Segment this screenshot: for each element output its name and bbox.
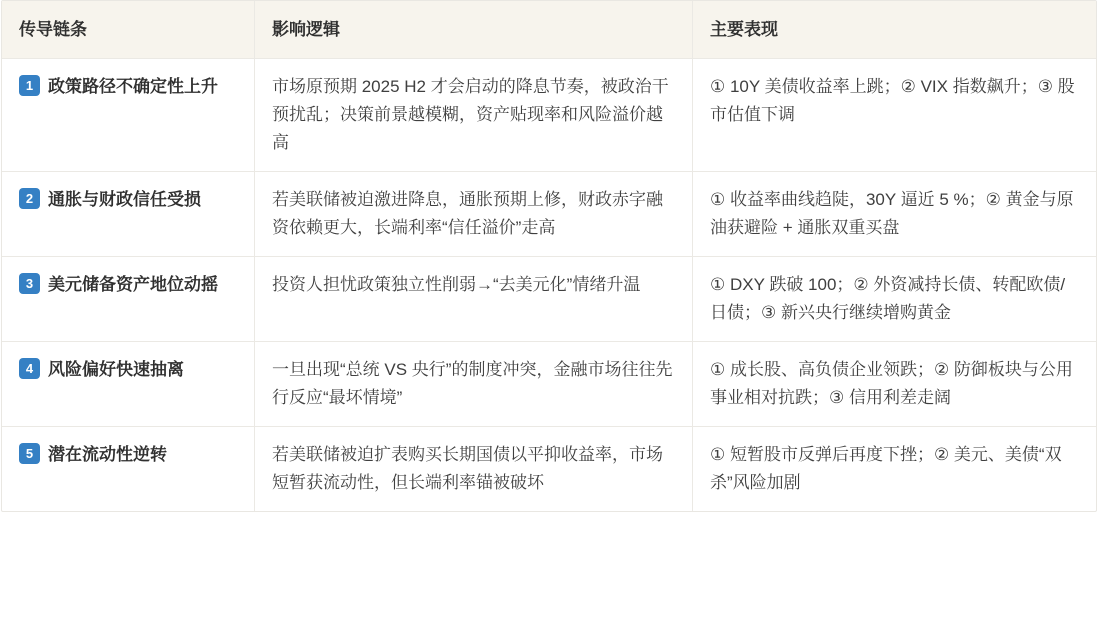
chain-label: 通胀与财政信任受损 (48, 190, 201, 209)
signs-cell: ① 短暂股市反弹后再度下挫；② 美元、美债“双杀”风险加剧 (692, 427, 1098, 511)
table-row: 1政策路径不确定性上升 市场原预期 2025 H2 才会启动的降息节奏，被政治干… (2, 58, 1096, 171)
logic-cell: 一旦出现“总统 VS 央行”的制度冲突，金融市场往往先行反应“最坏情境” (254, 342, 692, 426)
chain-cell: 1政策路径不确定性上升 (2, 59, 254, 171)
table-header-row: 传导链条 影响逻辑 主要表现 (2, 1, 1096, 58)
row-number-badge: 5 (19, 443, 40, 464)
row-number-badge: 3 (19, 273, 40, 294)
column-header-logic: 影响逻辑 (254, 1, 692, 58)
chain-cell: 3美元储备资产地位动摇 (2, 257, 254, 341)
chain-label: 风险偏好快速抽离 (48, 360, 184, 379)
signs-cell: ① 成长股、高负债企业领跌；② 防御板块与公用事业相对抗跌；③ 信用利差走阔 (692, 342, 1098, 426)
logic-cell: 投资人担忧政策独立性削弱→“去美元化”情绪升温 (254, 257, 692, 341)
row-number-badge: 4 (19, 358, 40, 379)
row-number-badge: 2 (19, 188, 40, 209)
table-row: 2通胀与财政信任受损 若美联储被迫激进降息，通胀预期上修，财政赤字融资依赖更大，… (2, 171, 1096, 256)
row-number-badge: 1 (19, 75, 40, 96)
signs-cell: ① 10Y 美债收益率上跳；② VIX 指数飙升；③ 股市估值下调 (692, 59, 1098, 171)
chain-label: 美元储备资产地位动摇 (48, 275, 218, 294)
chain-label: 政策路径不确定性上升 (48, 77, 218, 96)
chain-cell: 2通胀与财政信任受损 (2, 172, 254, 256)
logic-cell: 若美联储被迫扩表购买长期国债以平抑收益率，市场短暂获流动性，但长端利率锚被破坏 (254, 427, 692, 511)
logic-cell: 市场原预期 2025 H2 才会启动的降息节奏，被政治干预扰乱；决策前景越模糊，… (254, 59, 692, 171)
transmission-chain-table: 传导链条 影响逻辑 主要表现 1政策路径不确定性上升 市场原预期 2025 H2… (1, 0, 1097, 512)
chain-cell: 5潜在流动性逆转 (2, 427, 254, 511)
signs-cell: ① 收益率曲线趋陡，30Y 逼近 5 %；② 黄金与原油获避险 + 通胀双重买盘 (692, 172, 1098, 256)
logic-cell: 若美联储被迫激进降息，通胀预期上修，财政赤字融资依赖更大，长端利率“信任溢价”走… (254, 172, 692, 256)
signs-cell: ① DXY 跌破 100；② 外资减持长债、转配欧债/日债；③ 新兴央行继续增购… (692, 257, 1098, 341)
table-row: 3美元储备资产地位动摇 投资人担忧政策独立性削弱→“去美元化”情绪升温 ① DX… (2, 256, 1096, 341)
table-row: 5潜在流动性逆转 若美联储被迫扩表购买长期国债以平抑收益率，市场短暂获流动性，但… (2, 426, 1096, 511)
column-header-chain: 传导链条 (2, 1, 254, 58)
column-header-signs: 主要表现 (692, 1, 1098, 58)
table-row: 4风险偏好快速抽离 一旦出现“总统 VS 央行”的制度冲突，金融市场往往先行反应… (2, 341, 1096, 426)
chain-cell: 4风险偏好快速抽离 (2, 342, 254, 426)
chain-label: 潜在流动性逆转 (48, 445, 167, 464)
